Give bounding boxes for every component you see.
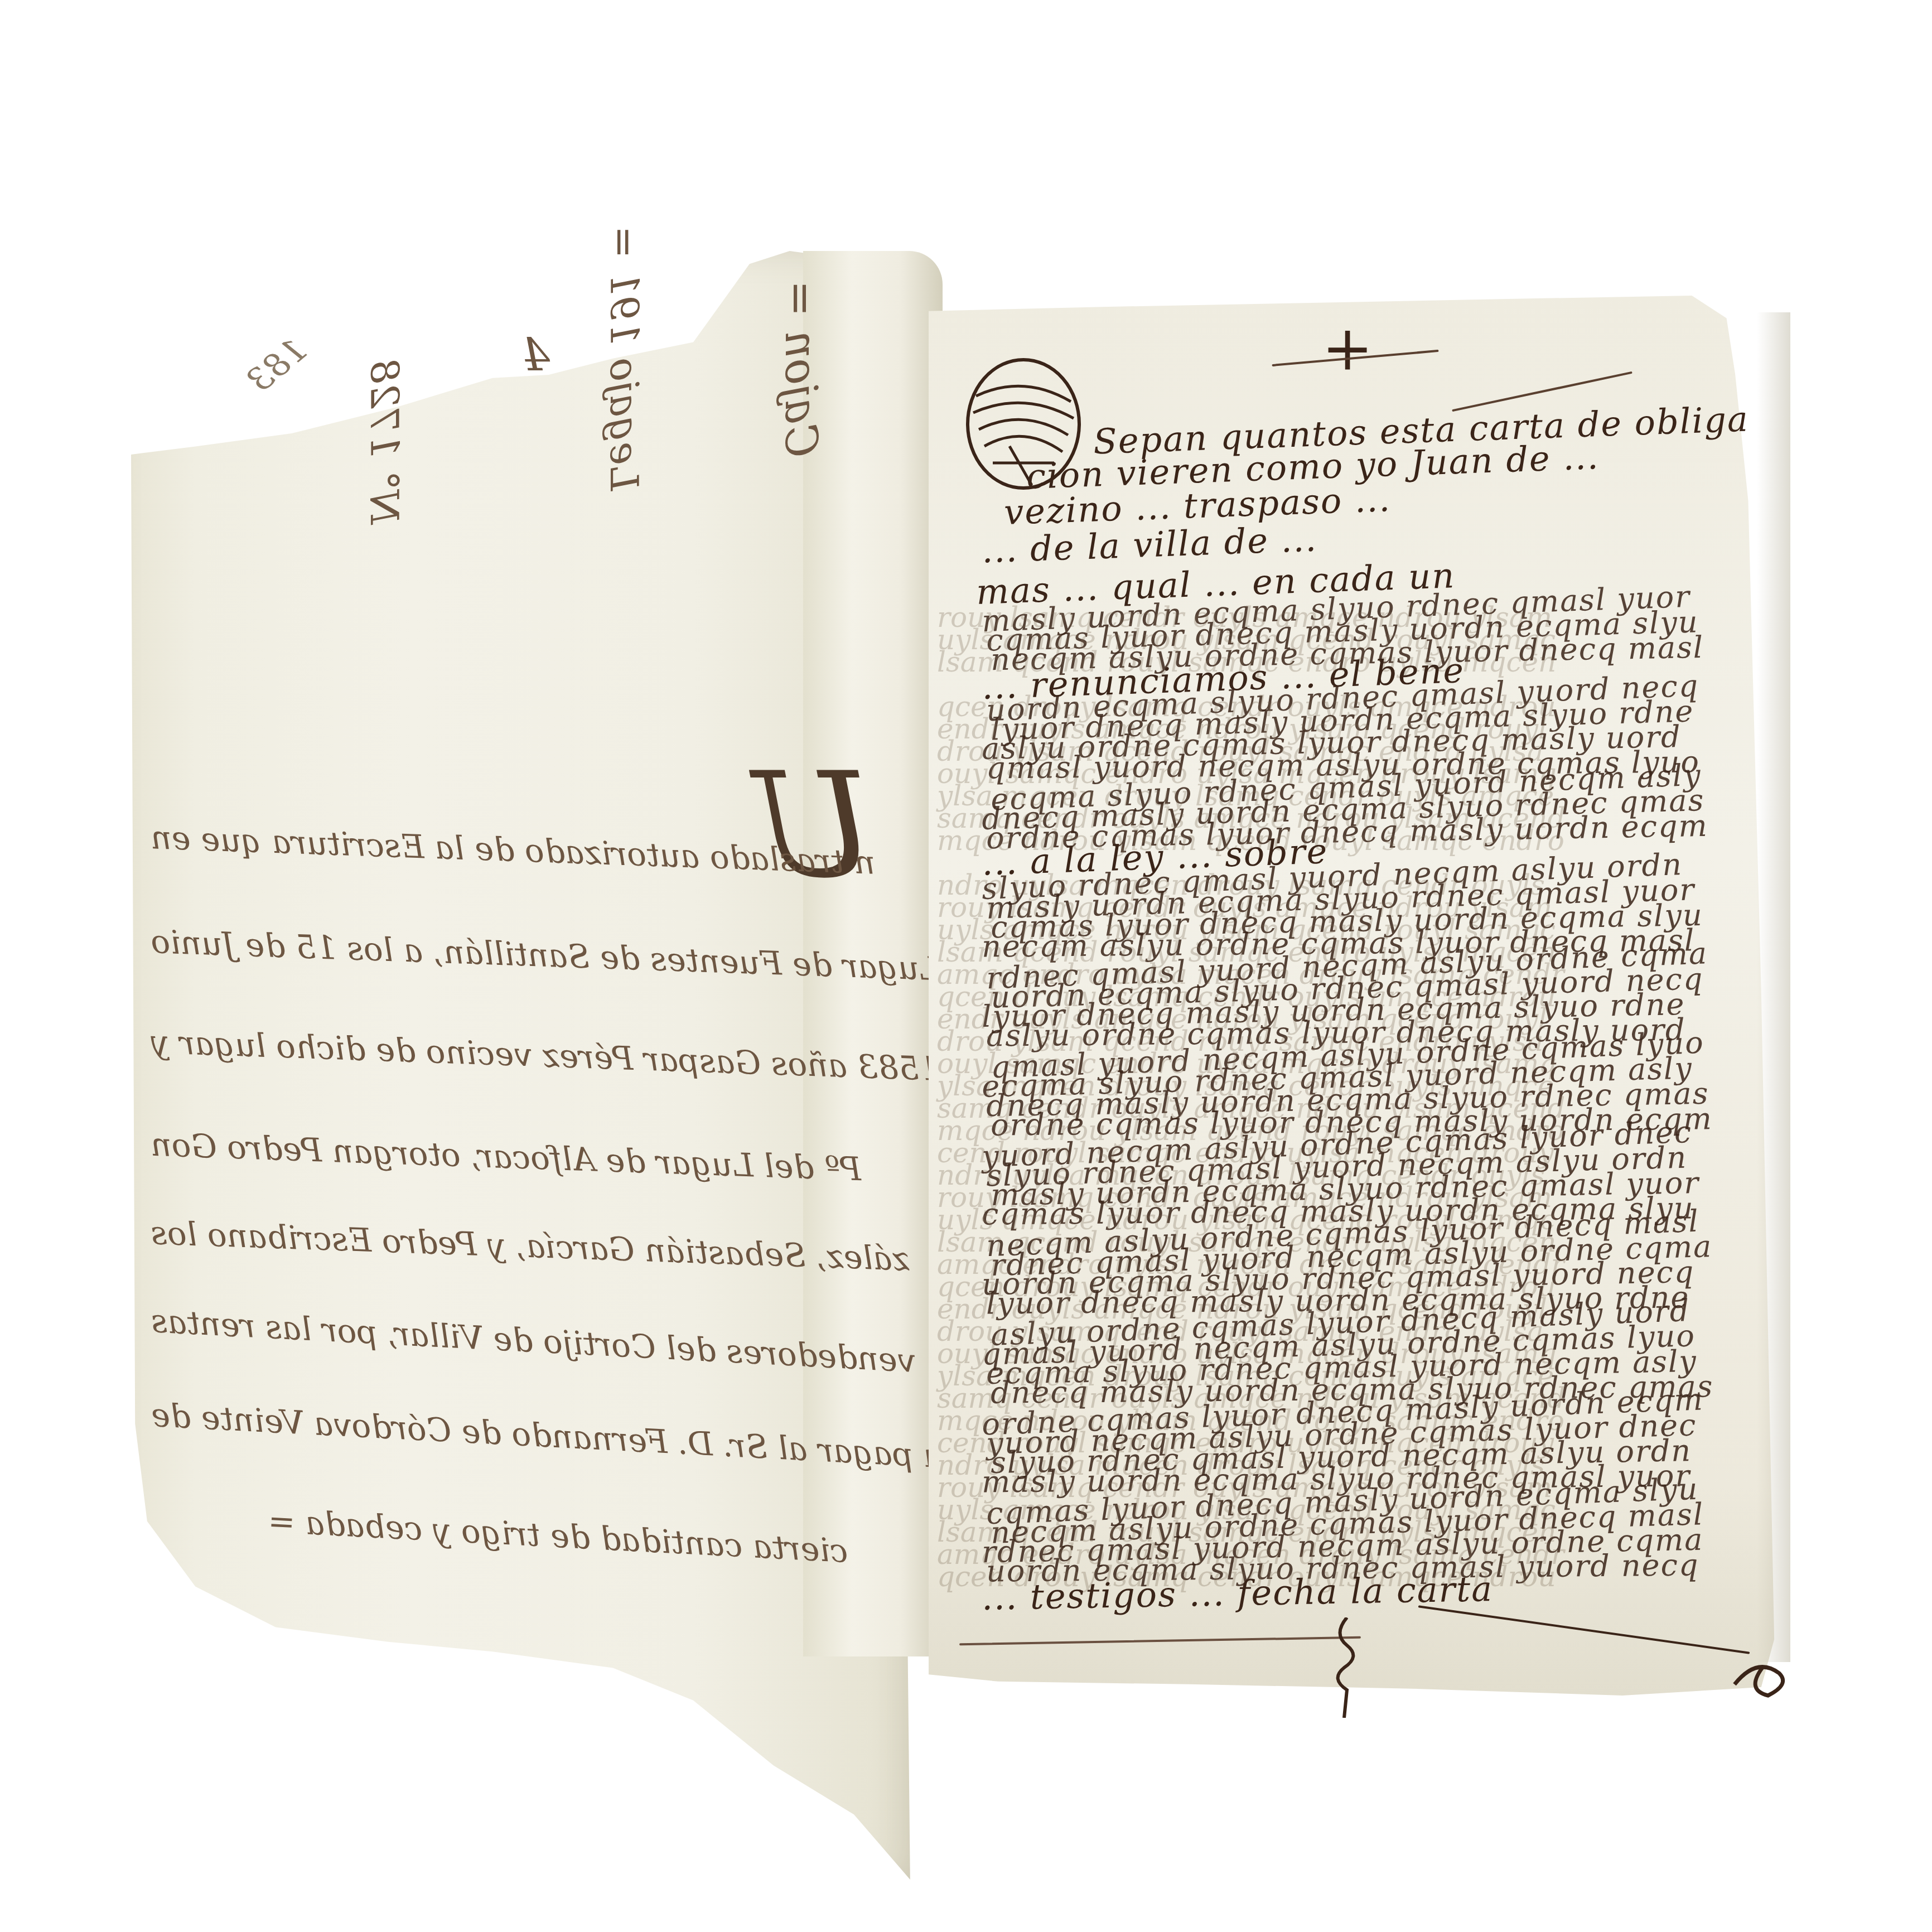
archive-legajo: Legajo 191 = [601, 226, 647, 491]
folio-number-4: 4 [521, 329, 550, 381]
initial-letter: U [753, 742, 875, 910]
archive-numero: N° 1728 [361, 359, 407, 524]
manuscript-photo: 183 4 Cajon = Legajo 191 = N° 1728 U n t… [0, 0, 1932, 1932]
right-page-edge-shadow [1757, 312, 1790, 1662]
archive-cajon: Cajon = [775, 280, 825, 457]
folio-number-183: 183 [240, 330, 315, 400]
top-cross-mark: + [1322, 312, 1374, 384]
signature-rubric-icon [1729, 1651, 1796, 1701]
notary-rubric-icon [1322, 1617, 1372, 1718]
